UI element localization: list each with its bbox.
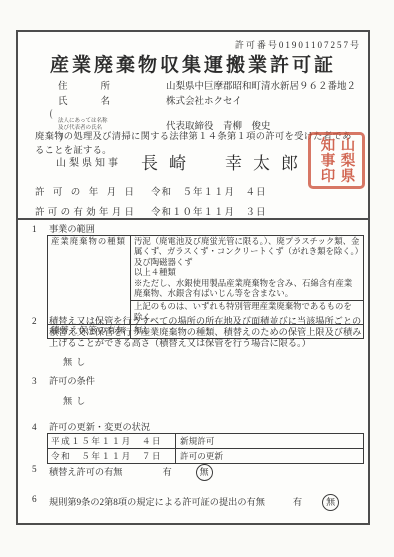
- section-6-number: 6: [32, 494, 49, 511]
- renewal-date: 令和 ５年１１月 ７日: [48, 449, 176, 463]
- scanned-permit-document: { "permit_no": "許可番号01901107257号", "titl…: [0, 0, 394, 557]
- issue-date-label: 許可の年月日: [35, 184, 135, 198]
- seal-text: 山梨県知事印: [317, 137, 357, 185]
- waste-types-content-cell: 汚泥（廃電池及び廃蛍光管に限る。）、廃プラスチック類、金属くず、ガラスくず・コン…: [130, 236, 363, 300]
- section-3-value: 無し: [63, 393, 89, 407]
- separator-line: [16, 218, 370, 220]
- governor-signature-row: 山梨県知事 長崎 幸太郎: [56, 149, 309, 174]
- section-1-heading-row: 1 事業の範囲: [32, 224, 364, 235]
- name-row: 氏名 株式会社ホクセイ: [58, 93, 358, 107]
- section-6-option-no-circled: 無: [322, 494, 339, 511]
- renewal-history-table: 平成１５年１１月 ４日 新規許可 令和 ５年１１月 ７日 許可の更新: [47, 433, 364, 464]
- section-3-heading: 許可の条件: [49, 376, 364, 387]
- section-3-heading-row: 3 許可の条件: [32, 376, 364, 387]
- name-label: 氏名: [58, 93, 110, 107]
- waste-types-caveat: ※ただし、水銀使用製品産業廃棄物を含み、石綿含有産業廃棄物、水銀含有ばいじん等を…: [134, 279, 360, 300]
- name-value: 株式会社ホクセイ: [166, 93, 242, 107]
- governor-seal-stamp: 山梨県知事印: [308, 132, 365, 189]
- page-title: 産業廃棄物収集運搬業許可証: [18, 50, 368, 77]
- section-5-option-yes: 有: [163, 467, 172, 478]
- section-5-option-no-circled: 無: [196, 464, 213, 481]
- issue-date-value: 令和 ５年１１月 ４日: [151, 184, 267, 198]
- section-6-row: 6 規則第9条の2第8項の規定による許可証の提出の有無 有 無: [32, 494, 364, 511]
- renewal-date: 平成１５年１１月 ４日: [48, 434, 176, 448]
- section-4-heading-row: 4 許可の更新・変更の状況: [32, 422, 364, 433]
- expiry-date-label: 許可の有効年月日: [35, 204, 135, 218]
- issue-date-row: 許可の年月日 令和 ５年１１月 ４日: [35, 184, 267, 198]
- expiry-date-value: 令和１０年１１月 ３日: [151, 204, 267, 218]
- waste-types-label-cell: 産業廃棄物の種類: [48, 236, 130, 324]
- expiry-date-row: 許可の有効年月日 令和１０年１１月 ３日: [35, 204, 267, 218]
- governor-title: 山梨県知事: [56, 154, 121, 169]
- address-row: 住所 山梨県中巨摩郡昭和町清水新居９６２番地２: [58, 78, 358, 92]
- renewal-desc: 許可の更新: [176, 449, 363, 463]
- section-5-heading: 積替え許可の有無: [49, 467, 123, 478]
- section-6-heading: 規則第9条の2第8項の規定による許可証の提出の有無: [49, 497, 265, 508]
- section-4-number: 4: [32, 422, 49, 433]
- section-1-heading: 事業の範囲: [49, 224, 364, 235]
- waste-types-main: 汚泥（廃電池及び廃蛍光管に限る。）、廃プラスチック類、金属くず、ガラスくず・コン…: [134, 237, 360, 268]
- section-5-row: 5 積替え許可の有無 有 無: [32, 464, 364, 481]
- section-5-number: 5: [32, 464, 49, 481]
- section-2-heading-row: 2 積替え又は保管を行うすべての場所の所在地及び面積並びに当該場所ごとの積替え又…: [32, 316, 364, 349]
- address-value: 山梨県中巨摩郡昭和町清水新居９６２番地２: [166, 78, 356, 92]
- section-6-option-yes: 有: [293, 497, 302, 508]
- table-row: 令和 ５年１１月 ７日 許可の更新: [48, 448, 363, 463]
- section-2-value: 無し: [63, 354, 89, 368]
- table-row: 平成１５年１１月 ４日 新規許可: [48, 434, 363, 448]
- section-3-number: 3: [32, 376, 49, 387]
- permit-frame: 許可番号01901107257号 産業廃棄物収集運搬業許可証 住所 山梨県中巨摩…: [16, 30, 370, 525]
- address-label: 住所: [58, 78, 110, 92]
- section-2-heading: 積替え又は保管を行うすべての場所の所在地及び面積並びに当該場所ごとの積替え又は保…: [49, 316, 364, 349]
- section-1-number: 1: [32, 224, 49, 235]
- governor-name: 長崎 幸太郎: [141, 149, 309, 174]
- section-4-heading: 許可の更新・変更の状況: [49, 422, 364, 433]
- section-2-number: 2: [32, 316, 49, 349]
- renewal-desc: 新規許可: [176, 434, 363, 448]
- waste-types-count: 以上４種類: [134, 268, 360, 278]
